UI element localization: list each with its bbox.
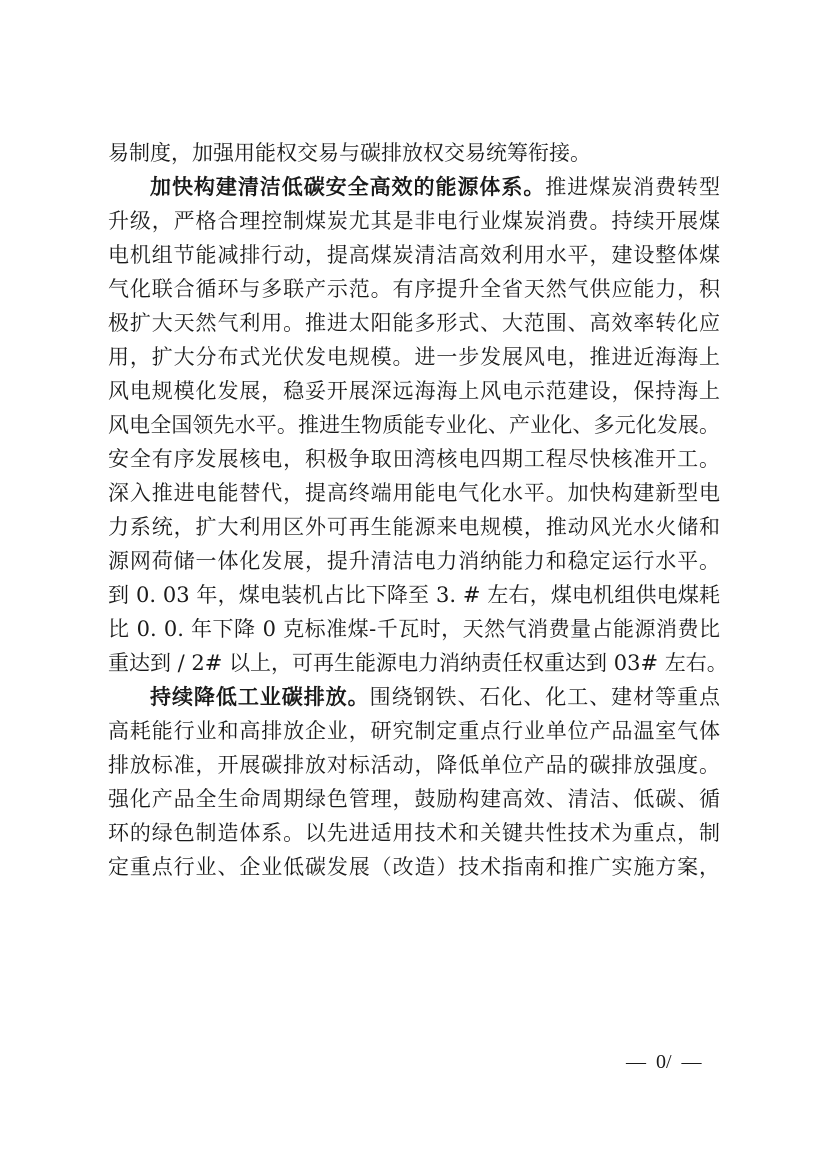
- text-line: 比 0. 0. 年下降 0 克标准煤-千瓦时，天然气消费量占能源消费比: [108, 615, 720, 643]
- section-heading-line: 加快构建清洁低碳安全高效的能源体系。推进煤炭消费转型: [150, 173, 720, 201]
- text-line: 易制度，加强用能权交易与碳排放权交易统筹衔接。: [108, 139, 720, 167]
- text-line: 安全有序发展核电，积极争取田湾核电四期工程尽快核准开工。: [108, 445, 720, 473]
- text-line: 强化产品全生命周期绿色管理，鼓励构建高效、清洁、低碳、循: [108, 785, 720, 813]
- text-line: 电机组节能减排行动，提高煤炭清洁高效利用水平，建设整体煤: [108, 241, 720, 269]
- text-line: 定重点行业、企业低碳发展（改造）技术指南和推广实施方案，: [108, 853, 720, 881]
- text-line: 用，扩大分布式光伏发电规模。进一步发展风电，推进近海海上: [108, 343, 720, 371]
- text-line: 极扩大天然气利用。推进太阳能多形式、大范围、高效率转化应: [108, 309, 720, 337]
- text-line: 源网荷储一体化发展，提升清洁电力消纳能力和稳定运行水平。: [108, 547, 720, 575]
- text-run: 推进煤炭消费转型: [545, 175, 720, 199]
- text-run: 围绕钢铁、石化、化工、建材等重点: [370, 685, 720, 709]
- section-heading: 持续降低工业碳排放。: [150, 685, 370, 709]
- text-line: 到 0. 03 年，煤电装机占比下降至 3. # 左右，煤电机组供电煤耗: [108, 581, 720, 609]
- page-number: — 0/ —: [626, 1050, 702, 1074]
- text-line: 环的绿色制造体系。以先进适用技术和关键共性技术为重点，制: [108, 819, 720, 847]
- text-line: 高耗能行业和高排放企业，研究制定重点行业单位产品温室气体: [108, 717, 720, 745]
- section-heading: 加快构建清洁低碳安全高效的能源体系。: [150, 175, 545, 199]
- text-line: 力系统，扩大利用区外可再生能源来电规模，推动风光水火储和: [108, 513, 720, 541]
- text-line: 风电规模化发展，稳妥开展深远海海上风电示范建设，保持海上: [108, 377, 720, 405]
- document-page: 易制度，加强用能权交易与碳排放权交易统筹衔接。 加快构建清洁低碳安全高效的能源体…: [0, 0, 826, 1169]
- text-line: 重达到 / 2# 以上，可再生能源电力消纳责任权重达到 03# 左右。: [108, 649, 720, 677]
- text-line: 深入推进电能替代，提高终端用能电气化水平。加快构建新型电: [108, 479, 720, 507]
- section-heading-line: 持续降低工业碳排放。围绕钢铁、石化、化工、建材等重点: [150, 683, 720, 711]
- text-line: 升级，严格合理控制煤炭尤其是非电行业煤炭消费。持续开展煤: [108, 207, 720, 235]
- text-line: 风电全国领先水平。推进生物质能专业化、产业化、多元化发展。: [108, 411, 720, 439]
- text-line: 排放标准，开展碳排放对标活动，降低单位产品的碳排放强度。: [108, 751, 720, 779]
- text-line: 气化联合循环与多联产示范。有序提升全省天然气供应能力，积: [108, 275, 720, 303]
